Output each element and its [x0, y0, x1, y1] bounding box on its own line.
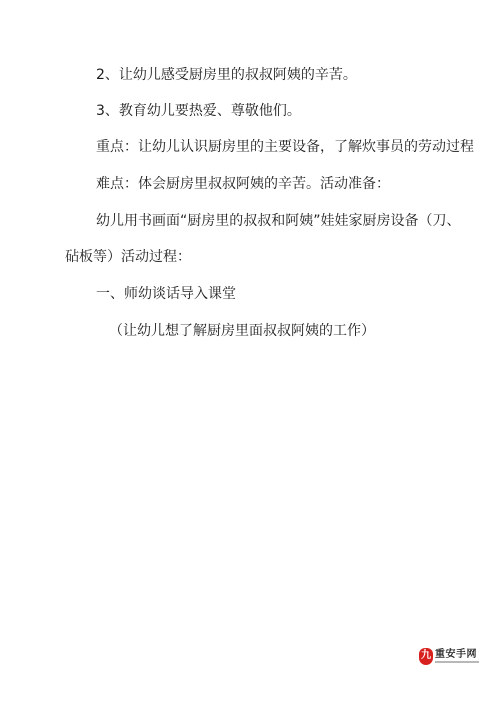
watermark-underline [435, 661, 479, 663]
document-page: 2、让幼儿感受厨房里的叔叔阿姨的辛苦。 3、教育幼儿要热爱、尊敬他们。 重点：让… [0, 0, 500, 707]
section-heading-line: 一、师幼谈话导入课堂 [96, 285, 236, 303]
watermark-logo-icon: 九 [419, 648, 433, 665]
objective-3-line: 3、教育幼儿要热爱、尊敬他们。 [96, 102, 301, 120]
watermark: 九 重安手网 [419, 645, 483, 667]
watermark-text: 重安手网 [435, 649, 479, 660]
difficulty-line: 难点：体会厨房里叔叔阿姨的辛苦。活动准备： [96, 175, 390, 193]
preparation-continuation-line: 砧板等）活动过程： [65, 248, 191, 266]
objective-2-line: 2、让幼儿感受厨房里的叔叔阿姨的辛苦。 [96, 66, 357, 84]
section-note-line: （让幼儿想了解厨房里面叔叔阿姨的工作） [109, 322, 375, 340]
key-point-line: 重点：让幼儿认识厨房里的主要设备，了解炊事员的劳动过程 [96, 138, 474, 156]
preparation-line: 幼儿用书画面“厨房里的叔叔和阿姨”娃娃家厨房设备（刀、 [96, 212, 461, 230]
